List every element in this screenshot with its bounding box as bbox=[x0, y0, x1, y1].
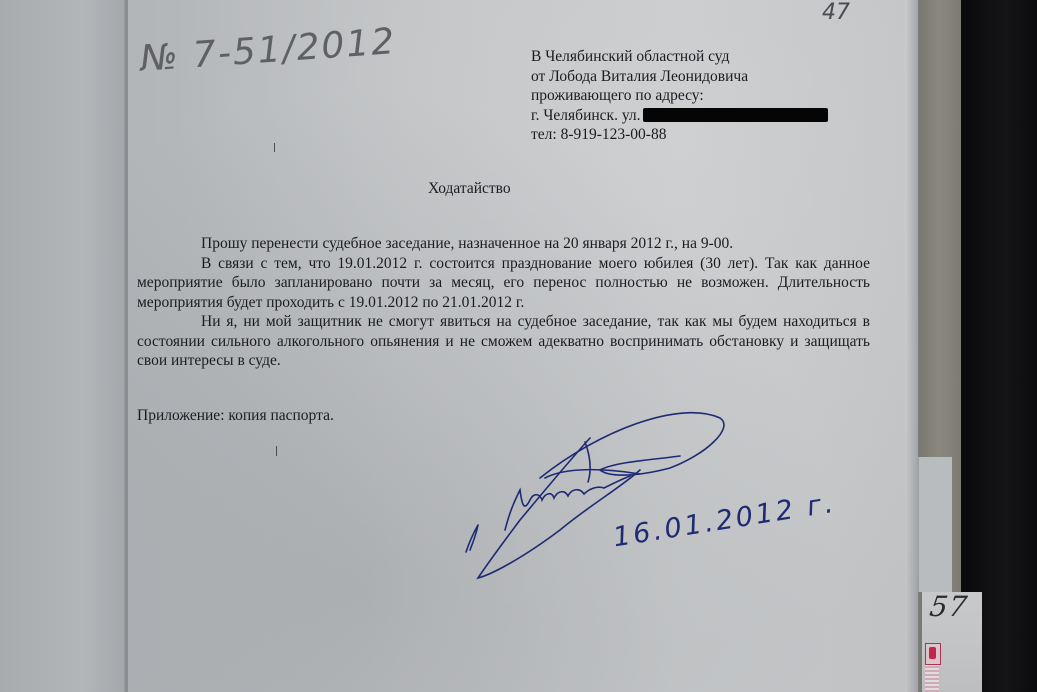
signature-icon bbox=[0, 0, 1037, 692]
photo-scene: 57 № 7-51/2012 47 В Челябинский областно… bbox=[0, 0, 1037, 692]
